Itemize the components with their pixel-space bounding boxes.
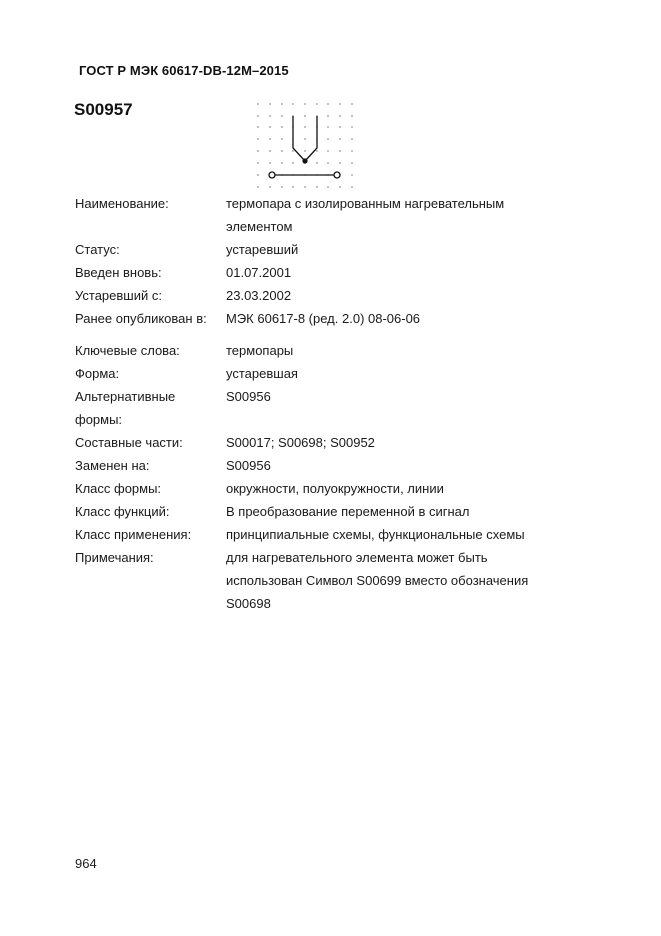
value-line: для нагревательного элемента может быть	[226, 546, 595, 569]
property-value: 23.03.2002	[226, 284, 595, 307]
property-label: Примечания:	[75, 546, 226, 615]
property-row-components: Составные части: S00017; S00698; S00952	[75, 431, 595, 454]
value-line: использован Символ S00699 вместо обознач…	[226, 569, 595, 592]
property-row-form: Форма: устаревшая	[75, 362, 595, 385]
value-line: элементом	[226, 215, 595, 238]
symbol-strokes	[269, 116, 340, 178]
property-label: Ключевые слова:	[75, 339, 226, 362]
property-row-name: Наименование: термопара с изолированным …	[75, 192, 595, 238]
property-label: Составные части:	[75, 431, 226, 454]
property-label: Класс применения:	[75, 523, 226, 546]
value-line: термопара с изолированным нагревательным	[226, 192, 595, 215]
property-label: Статус:	[75, 238, 226, 261]
property-value: S00017; S00698; S00952	[226, 431, 595, 454]
property-value: окружности, полуокружности, линии	[226, 477, 595, 500]
value-line: устаревшая	[226, 362, 595, 385]
property-row-notes: Примечания: для нагревательного элемента…	[75, 546, 595, 615]
value-line: S00956	[226, 454, 595, 477]
property-row-previously-published: Ранее опубликован в: МЭК 60617-8 (ред. 2…	[75, 307, 595, 330]
property-row-application-class: Класс применения: принципиальные схемы, …	[75, 523, 595, 546]
property-label: Заменен на:	[75, 454, 226, 477]
value-line: окружности, полуокружности, линии	[226, 477, 595, 500]
property-value: термопары	[226, 339, 595, 362]
property-row-obsolete-since: Устаревший с: 23.03.2002	[75, 284, 595, 307]
property-value: устаревший	[226, 238, 595, 261]
value-line: 23.03.2002	[226, 284, 595, 307]
property-value: МЭК 60617-8 (ред. 2.0) 08-06-06	[226, 307, 595, 330]
value-line: принципиальные схемы, функциональные схе…	[226, 523, 595, 546]
property-label: Ранее опубликован в:	[75, 307, 226, 330]
value-line: термопары	[226, 339, 595, 362]
property-row-introduced: Введен вновь: 01.07.2001	[75, 261, 595, 284]
properties-list: Наименование: термопара с изолированным …	[75, 192, 595, 615]
value-line: устаревший	[226, 238, 595, 261]
property-label: Наименование:	[75, 192, 226, 238]
label-line: формы:	[75, 408, 226, 431]
property-label: Класс функций:	[75, 500, 226, 523]
property-label: Класс формы:	[75, 477, 226, 500]
page-number: 964	[75, 856, 97, 871]
property-label: Альтернативные формы:	[75, 385, 226, 431]
value-line: 01.07.2001	[226, 261, 595, 284]
property-label: Введен вновь:	[75, 261, 226, 284]
property-value: принципиальные схемы, функциональные схе…	[226, 523, 595, 546]
property-row-alternative-forms: Альтернативные формы: S00956	[75, 385, 595, 431]
value-line: S00698	[226, 592, 595, 615]
property-row-replaced-by: Заменен на: S00956	[75, 454, 595, 477]
property-value: 01.07.2001	[226, 261, 595, 284]
value-line: S00956	[226, 385, 595, 408]
value-line: МЭК 60617-8 (ред. 2.0) 08-06-06	[226, 307, 595, 330]
property-value: S00956	[226, 454, 595, 477]
property-row-shape-class: Класс формы: окружности, полуокружности,…	[75, 477, 595, 500]
property-label: Форма:	[75, 362, 226, 385]
document-header-title: ГОСТ Р МЭК 60617-DB-12M–2015	[79, 63, 289, 78]
property-value: устаревшая	[226, 362, 595, 385]
property-value: S00956	[226, 385, 595, 431]
property-row-status: Статус: устаревший	[75, 238, 595, 261]
property-value: для нагревательного элемента может быть …	[226, 546, 595, 615]
label-line: Альтернативные	[75, 385, 226, 408]
junction-dot	[302, 158, 307, 163]
value-line: В преобразование переменной в сигнал	[226, 500, 595, 523]
property-label: Устаревший с:	[75, 284, 226, 307]
symbol-code: S00957	[74, 100, 133, 120]
property-value: термопара с изолированным нагревательным…	[226, 192, 595, 238]
thermocouple-symbol-icon	[250, 96, 362, 194]
value-line: S00017; S00698; S00952	[226, 431, 595, 454]
symbol-figure	[250, 96, 362, 194]
property-value: В преобразование переменной в сигнал	[226, 500, 595, 523]
property-row-keywords: Ключевые слова: термопары	[75, 339, 595, 362]
property-row-function-class: Класс функций: В преобразование переменн…	[75, 500, 595, 523]
